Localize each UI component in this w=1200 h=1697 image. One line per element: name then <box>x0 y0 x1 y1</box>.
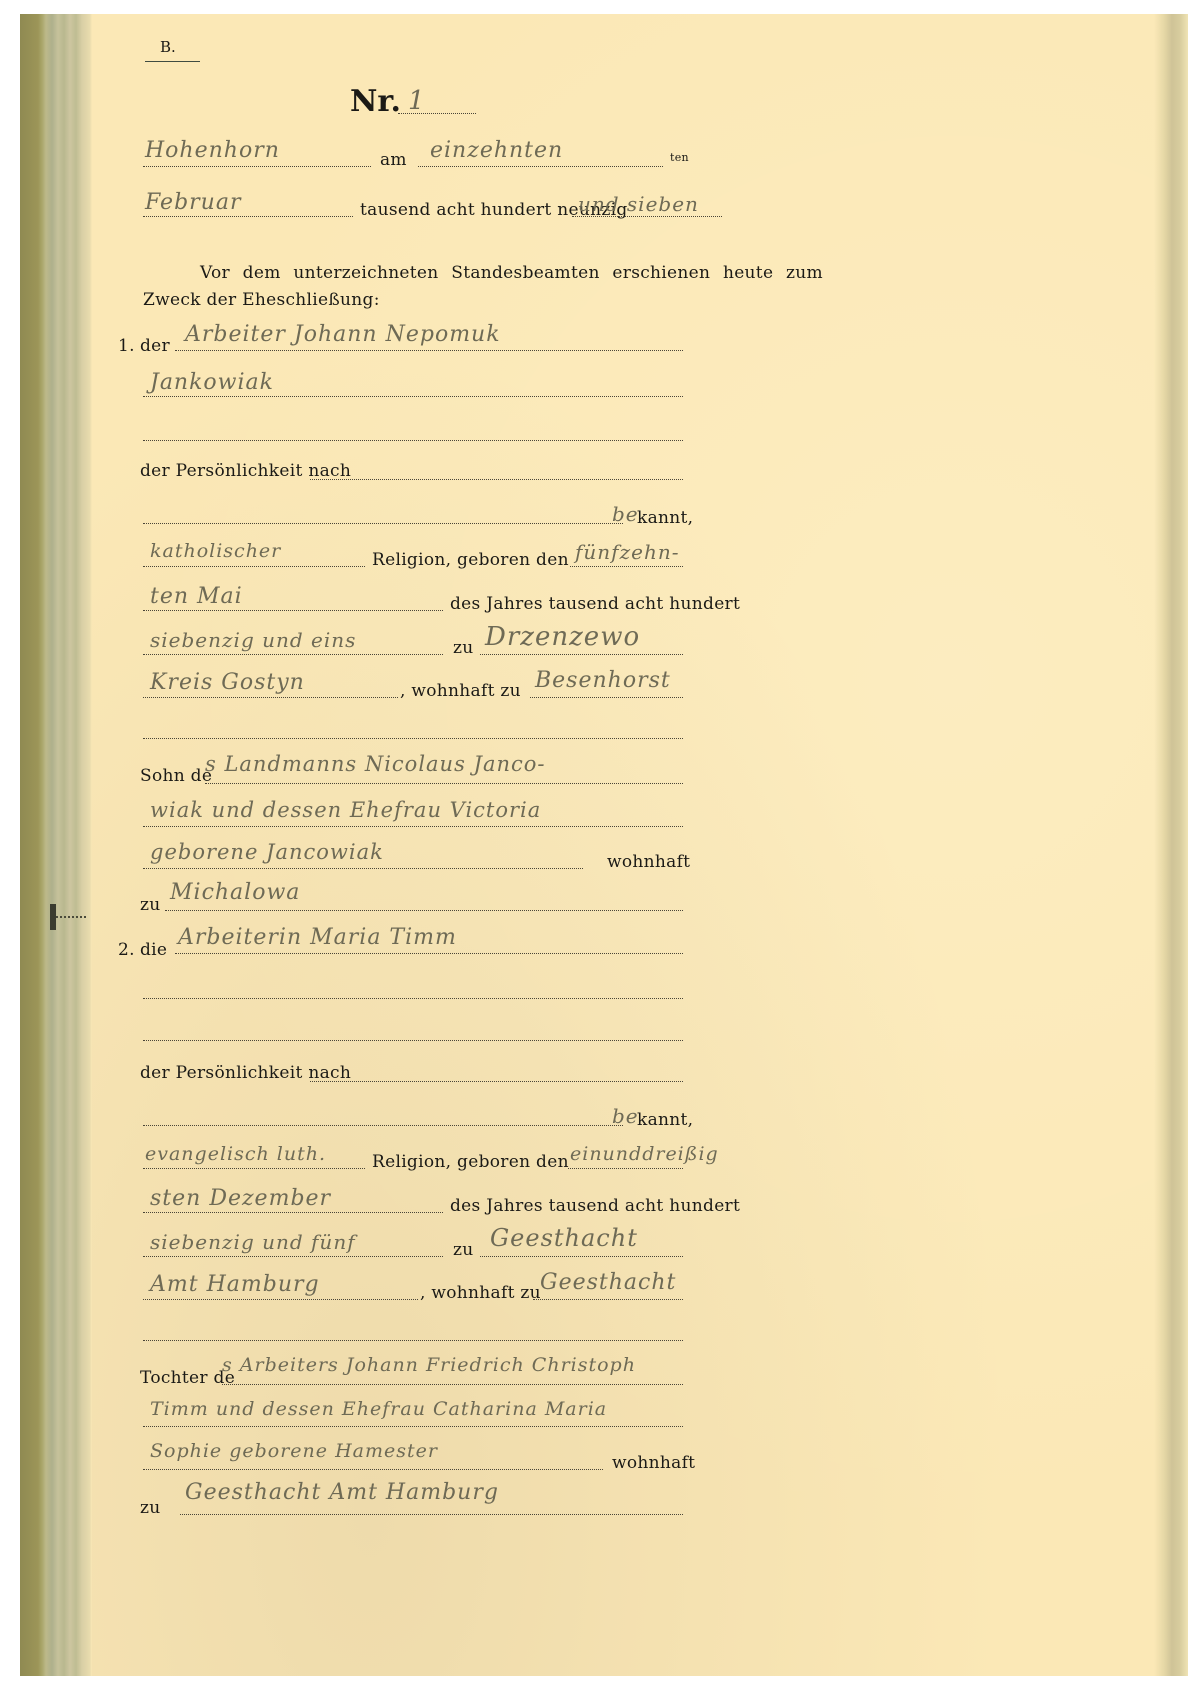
groom-bekannt-line <box>143 523 623 524</box>
bride-wohnhaft-label: , wohnhaft zu <box>420 1283 541 1303</box>
groom-religion-label: Religion, geboren den <box>372 550 569 570</box>
bride-birthplace-line <box>480 1256 683 1257</box>
month-hand: Februar <box>145 190 241 215</box>
year-line <box>572 216 722 217</box>
bride-bekannt-line <box>143 1125 623 1126</box>
bride-parents-line1: s Arbeiters Johann Friedrich Christoph <box>222 1354 636 1376</box>
groom-parents-line3: geborene Jancowiak <box>150 840 384 864</box>
day-hand: einzehnten <box>430 138 563 163</box>
groom-birthplace-hand: Drzenzewo <box>485 622 640 652</box>
bride-parents-line2: Timm und dessen Ehefrau Catharina Maria <box>150 1398 607 1420</box>
groom-line-2 <box>143 396 683 397</box>
groom-wohnhaft-label-2: wohnhaft <box>607 852 690 872</box>
bride-tochter-label: Tochter de <box>140 1368 235 1388</box>
bride-birthday-line-2 <box>143 1212 443 1213</box>
groom-persoenlichkeit-line <box>310 479 683 480</box>
bride-jahres-label: des Jahres tausend acht hundert <box>450 1196 740 1216</box>
groom-parents-rule-1 <box>205 783 683 784</box>
bride-religion-hand: evangelisch luth. <box>145 1143 326 1165</box>
bride-parents-line3: Sophie geborene Hamester <box>150 1440 438 1462</box>
bride-line-1 <box>175 953 683 954</box>
bride-religion-label: Religion, geboren den <box>372 1152 569 1172</box>
bride-index: 2. <box>118 940 135 960</box>
groom-bekannt-printed: kannt, <box>637 508 693 528</box>
groom-line-3 <box>143 440 683 441</box>
groom-wohnhaft-label: , wohnhaft zu <box>400 681 521 701</box>
bride-parents-rule-3 <box>143 1469 603 1470</box>
day-line <box>418 166 663 167</box>
bride-parents-rule-1 <box>222 1384 683 1385</box>
form-letter: B. <box>160 38 176 56</box>
groom-sohn-label: Sohn de <box>140 766 212 786</box>
bride-birthday-hand-2: sten Dezember <box>150 1186 331 1211</box>
groom-parents-line1: s Landmanns Nicolaus Janco- <box>205 752 546 776</box>
bride-article: die <box>140 940 167 960</box>
month-line <box>143 216 353 217</box>
entry-number-value: 1 <box>408 86 426 116</box>
groom-parents-rule-3 <box>143 868 583 869</box>
groom-bekannt-hand: be <box>612 502 639 526</box>
bride-religion-line <box>143 1168 365 1169</box>
groom-residence-line <box>530 697 683 698</box>
groom-religion-line <box>143 566 365 567</box>
groom-birthplace-line <box>480 654 683 655</box>
bride-birthday-line-1 <box>568 1168 683 1169</box>
day-suffix: ten <box>670 151 689 164</box>
groom-name-line1: Arbeiter Johann Nepomuk <box>185 322 501 347</box>
groom-name-line2: Jankowiak <box>150 370 274 395</box>
groom-residence-hand: Besenhorst <box>535 668 671 693</box>
groom-jahres-label: des Jahres tausend acht hundert <box>450 594 740 614</box>
groom-birthday-hand-1: fünfzehn- <box>575 540 679 564</box>
bride-persoenlichkeit-line <box>310 1081 683 1082</box>
bride-line-3 <box>143 1040 683 1041</box>
bride-residence-line <box>533 1299 683 1300</box>
bride-zu-label-2: zu <box>140 1498 161 1518</box>
bride-birthyear-hand: siebenzig und fünf <box>150 1230 356 1254</box>
place-line <box>143 166 371 167</box>
groom-zu-label-2: zu <box>140 895 161 915</box>
bride-bekannt-hand: be <box>612 1104 639 1128</box>
groom-birthday-line-1 <box>570 566 683 567</box>
bride-blank-line <box>143 1340 683 1341</box>
bride-persoenlichkeit-label: der Persönlichkeit nach <box>140 1063 351 1083</box>
groom-parents-residence: Michalowa <box>170 880 300 905</box>
place-hand: Hohenhorn <box>145 138 280 163</box>
bride-parents-residence-line <box>180 1514 683 1515</box>
groom-birthyear-hand: siebenzig und eins <box>150 628 356 652</box>
groom-parents-rule-2 <box>143 826 683 827</box>
bride-name-line1: Arbeiterin Maria Timm <box>178 925 457 950</box>
groom-article: der <box>140 336 170 356</box>
groom-birthday-line-2 <box>143 610 443 611</box>
bride-line-2 <box>143 998 683 999</box>
groom-blank-line <box>143 738 683 739</box>
year-hand: und sieben <box>578 192 699 216</box>
groom-line-1 <box>175 350 683 351</box>
bride-parents-residence: Geesthacht Amt Hamburg <box>185 1480 499 1505</box>
groom-district-line <box>143 697 398 698</box>
groom-religion-hand: katholischer <box>150 540 281 562</box>
bride-wohnhaft-label-2: wohnhaft <box>612 1453 695 1473</box>
groom-zu-label: zu <box>453 638 474 658</box>
groom-parents-line2: wiak und dessen Ehefrau Victoria <box>150 798 541 822</box>
am-label: am <box>380 150 407 170</box>
bride-birthplace-hand: Geesthacht <box>490 1224 638 1252</box>
intro-line-1: Vor dem unterzeichneten Standesbeamten e… <box>200 263 823 283</box>
bride-zu-label: zu <box>453 1240 474 1260</box>
entry-number-label: Nr. <box>350 84 401 119</box>
groom-district-hand: Kreis Gostyn <box>150 670 305 695</box>
groom-birthday-hand-2: ten Mai <box>150 584 243 609</box>
bride-residence-hand: Geesthacht <box>540 1270 676 1295</box>
form-letter-underline <box>145 61 200 62</box>
bride-parents-rule-2 <box>143 1426 683 1427</box>
bride-district-hand: Amt Hamburg <box>150 1272 320 1297</box>
groom-birthyear-line <box>143 654 443 655</box>
groom-parents-residence-line <box>165 910 683 911</box>
bride-district-line <box>143 1299 418 1300</box>
entry-number-line <box>398 113 476 114</box>
marriage-form: B. Nr. 1 Hohenhorn am einzehnten ten Feb… <box>0 0 1200 1697</box>
bride-bekannt-printed: kannt, <box>637 1110 693 1130</box>
groom-index: 1. <box>118 336 135 356</box>
bride-birthday-hand-1: einunddreißig <box>570 1143 719 1165</box>
bride-birthyear-line <box>143 1256 443 1257</box>
groom-persoenlichkeit-label: der Persönlichkeit nach <box>140 461 351 481</box>
intro-line-2: Zweck der Eheschließung: <box>143 290 380 310</box>
